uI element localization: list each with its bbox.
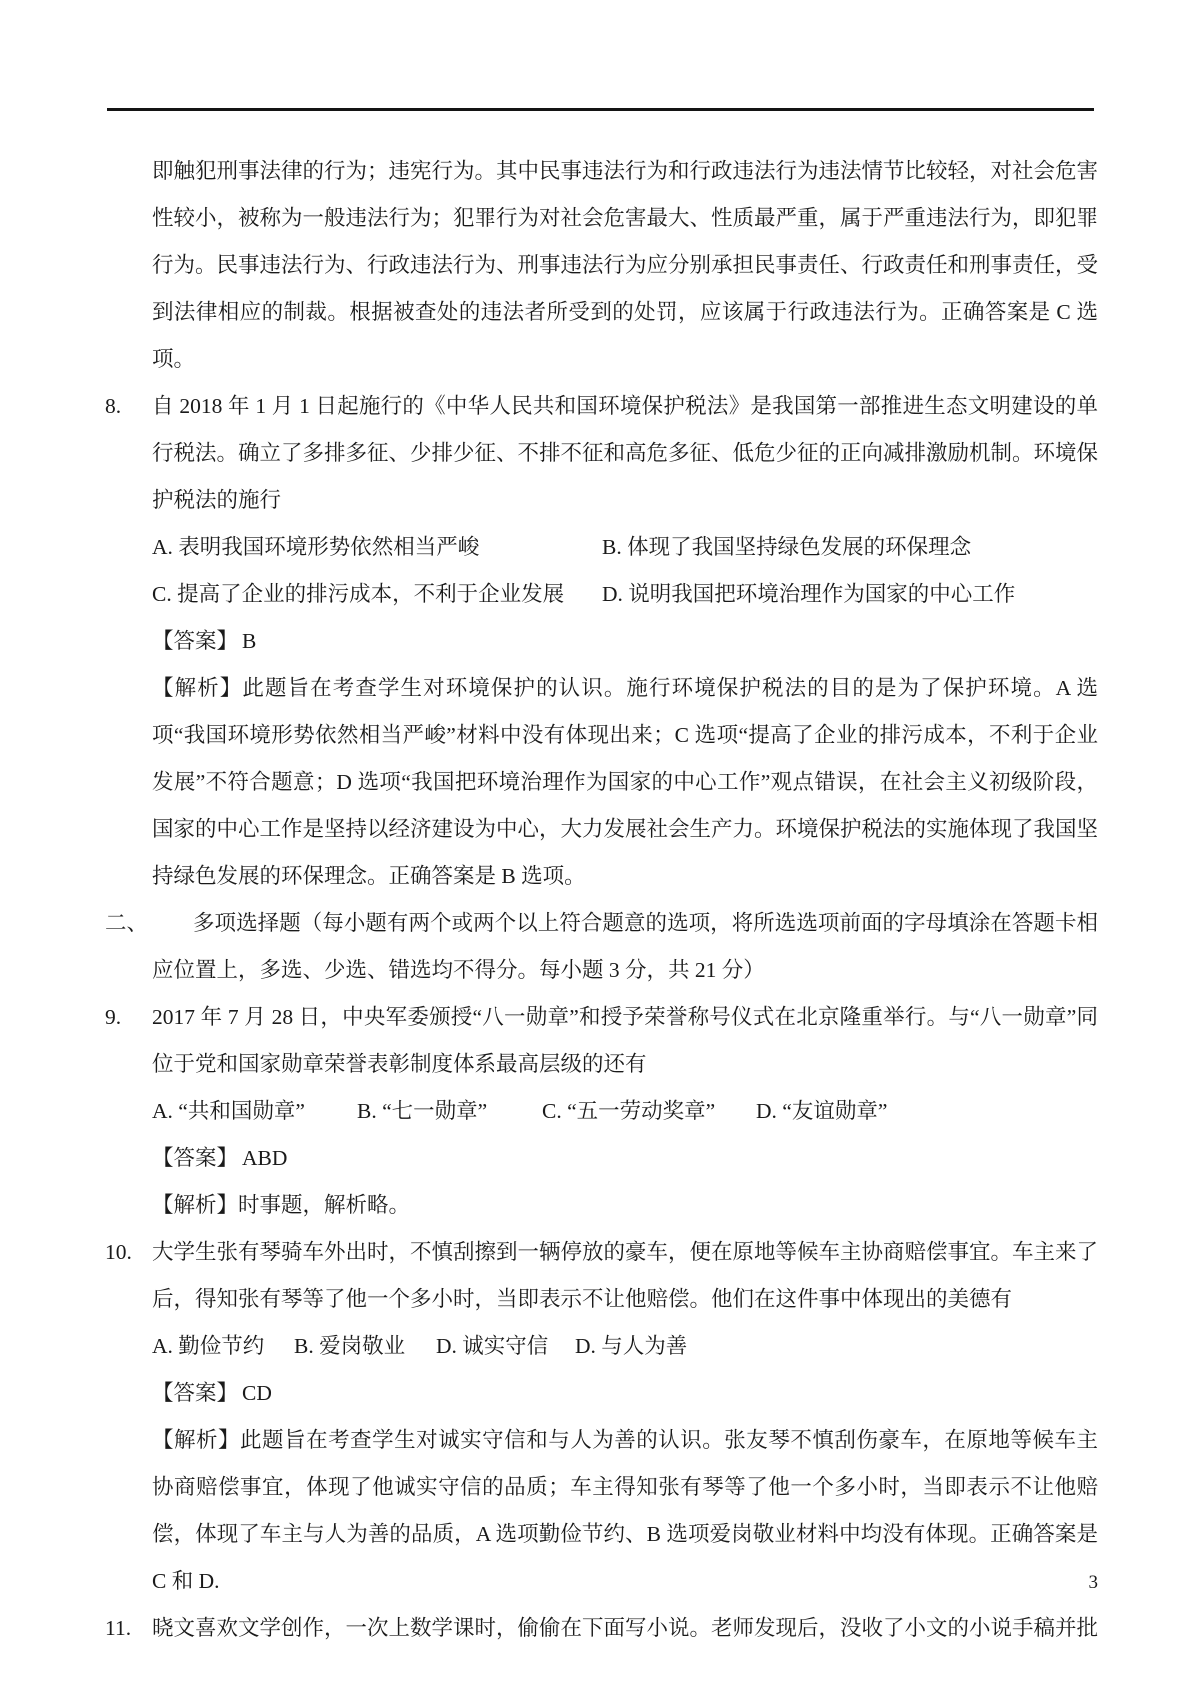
- question-9-option-b: B. “七一勋章”: [357, 1088, 542, 1135]
- section-2-title: 多项选择题（每小题有两个或两个以上符合题意的选项，将所选选项前面的字母填涂在答题…: [152, 900, 1098, 994]
- document-page: 即触犯刑事法律的行为；违宪行为。其中民事违法行为和行政违法行为违法情节比较轻，对…: [0, 0, 1200, 1698]
- analysis-text: 此题旨在考查学生对诚实守信和与人为善的认识。张友琴不慎刮伤豪车，在原地等候车主协…: [152, 1428, 1098, 1593]
- question-11-stem: 晓文喜欢文学创作，一次上数学课时，偷偷在下面写小说。老师发现后，没收了小文的小说…: [152, 1605, 1098, 1652]
- question-10-options-row: A. 勤俭节约B. 爱岗敬业D. 诚实守信D. 与人为善: [105, 1323, 1098, 1370]
- question-8-answer: 【答案】B: [105, 618, 1098, 665]
- answer-value: ABD: [242, 1146, 287, 1170]
- question-10-option-c: D. 诚实守信: [436, 1323, 575, 1370]
- header-rule: [107, 108, 1094, 111]
- question-10-option-b: B. 爱岗敬业: [294, 1323, 436, 1370]
- question-8-options-row-2: C. 提高了企业的排污成本，不利于企业发展D. 说明我国把环境治理作为国家的中心…: [105, 571, 1098, 618]
- question-9-analysis: 【解析】时事题，解析略。: [105, 1182, 1098, 1229]
- question-8-option-a: A. 表明我国环境形势依然相当严峻: [152, 524, 602, 571]
- analysis-label: 【解析】: [152, 1428, 240, 1452]
- page-number: 3: [105, 1572, 1098, 1594]
- question-9-option-a: A. “共和国勋章”: [152, 1088, 357, 1135]
- analysis-label: 【解析】: [152, 1193, 238, 1217]
- question-10-stem: 大学生张有琴骑车外出时，不慎刮擦到一辆停放的豪车，便在原地等候车主协商赔偿事宜。…: [152, 1229, 1098, 1323]
- section-2-heading: 二、 多项选择题（每小题有两个或两个以上符合题意的选项，将所选选项前面的字母填涂…: [105, 900, 1098, 994]
- question-10-option-a: A. 勤俭节约: [152, 1323, 294, 1370]
- question-9-options-row: A. “共和国勋章”B. “七一勋章”C. “五一劳动奖章”D. “友谊勋章”: [105, 1088, 1098, 1135]
- analysis-text: 此题旨在考查学生对环境保护的认识。施行环境保护税法的目的是为了保护环境。A 选项…: [152, 676, 1098, 888]
- answer-value: CD: [242, 1381, 272, 1405]
- analysis-label: 【解析】: [152, 676, 242, 700]
- continuation-paragraph: 即触犯刑事法律的行为；违宪行为。其中民事违法行为和行政违法行为违法情节比较轻，对…: [105, 148, 1098, 383]
- question-8: 8. 自 2018 年 1 月 1 日起施行的《中华人民共和国环境保护税法》是我…: [105, 383, 1098, 524]
- question-9: 9. 2017 年 7 月 28 日，中央军委颁授“八一勋章”和授予荣誉称号仪式…: [105, 994, 1098, 1088]
- question-8-option-b: B. 体现了我国坚持绿色发展的环保理念: [602, 524, 971, 571]
- section-2-number: 二、: [105, 900, 148, 947]
- question-11-number: 11.: [105, 1605, 131, 1652]
- answer-label: 【答案】: [152, 629, 238, 653]
- question-11: 11. 晓文喜欢文学创作，一次上数学课时，偷偷在下面写小说。老师发现后，没收了小…: [105, 1605, 1098, 1652]
- question-8-option-c: C. 提高了企业的排污成本，不利于企业发展: [152, 571, 602, 618]
- question-9-stem: 2017 年 7 月 28 日，中央军委颁授“八一勋章”和授予荣誉称号仪式在北京…: [152, 994, 1098, 1088]
- question-8-analysis: 【解析】此题旨在考查学生对环境保护的认识。施行环境保护税法的目的是为了保护环境。…: [105, 665, 1098, 900]
- question-10: 10. 大学生张有琴骑车外出时，不慎刮擦到一辆停放的豪车，便在原地等候车主协商赔…: [105, 1229, 1098, 1323]
- answer-label: 【答案】: [152, 1381, 238, 1405]
- question-9-answer: 【答案】ABD: [105, 1135, 1098, 1182]
- question-10-number: 10.: [105, 1229, 132, 1276]
- question-8-options-row-1: A. 表明我国环境形势依然相当严峻B. 体现了我国坚持绿色发展的环保理念: [105, 524, 1098, 571]
- answer-value: B: [242, 629, 256, 653]
- question-9-option-d: D. “友谊勋章”: [756, 1088, 887, 1135]
- analysis-text: 时事题，解析略。: [238, 1193, 410, 1217]
- question-9-number: 9.: [105, 994, 121, 1041]
- question-8-number: 8.: [105, 383, 121, 430]
- question-8-option-d: D. 说明我国把环境治理作为国家的中心工作: [602, 571, 1015, 618]
- question-10-option-d: D. 与人为善: [575, 1323, 687, 1370]
- answer-label: 【答案】: [152, 1146, 238, 1170]
- question-10-answer: 【答案】CD: [105, 1370, 1098, 1417]
- question-8-stem: 自 2018 年 1 月 1 日起施行的《中华人民共和国环境保护税法》是我国第一…: [152, 383, 1098, 524]
- page-content: 即触犯刑事法律的行为；违宪行为。其中民事违法行为和行政违法行为违法情节比较轻，对…: [105, 148, 1098, 1652]
- question-9-option-c: C. “五一劳动奖章”: [542, 1088, 756, 1135]
